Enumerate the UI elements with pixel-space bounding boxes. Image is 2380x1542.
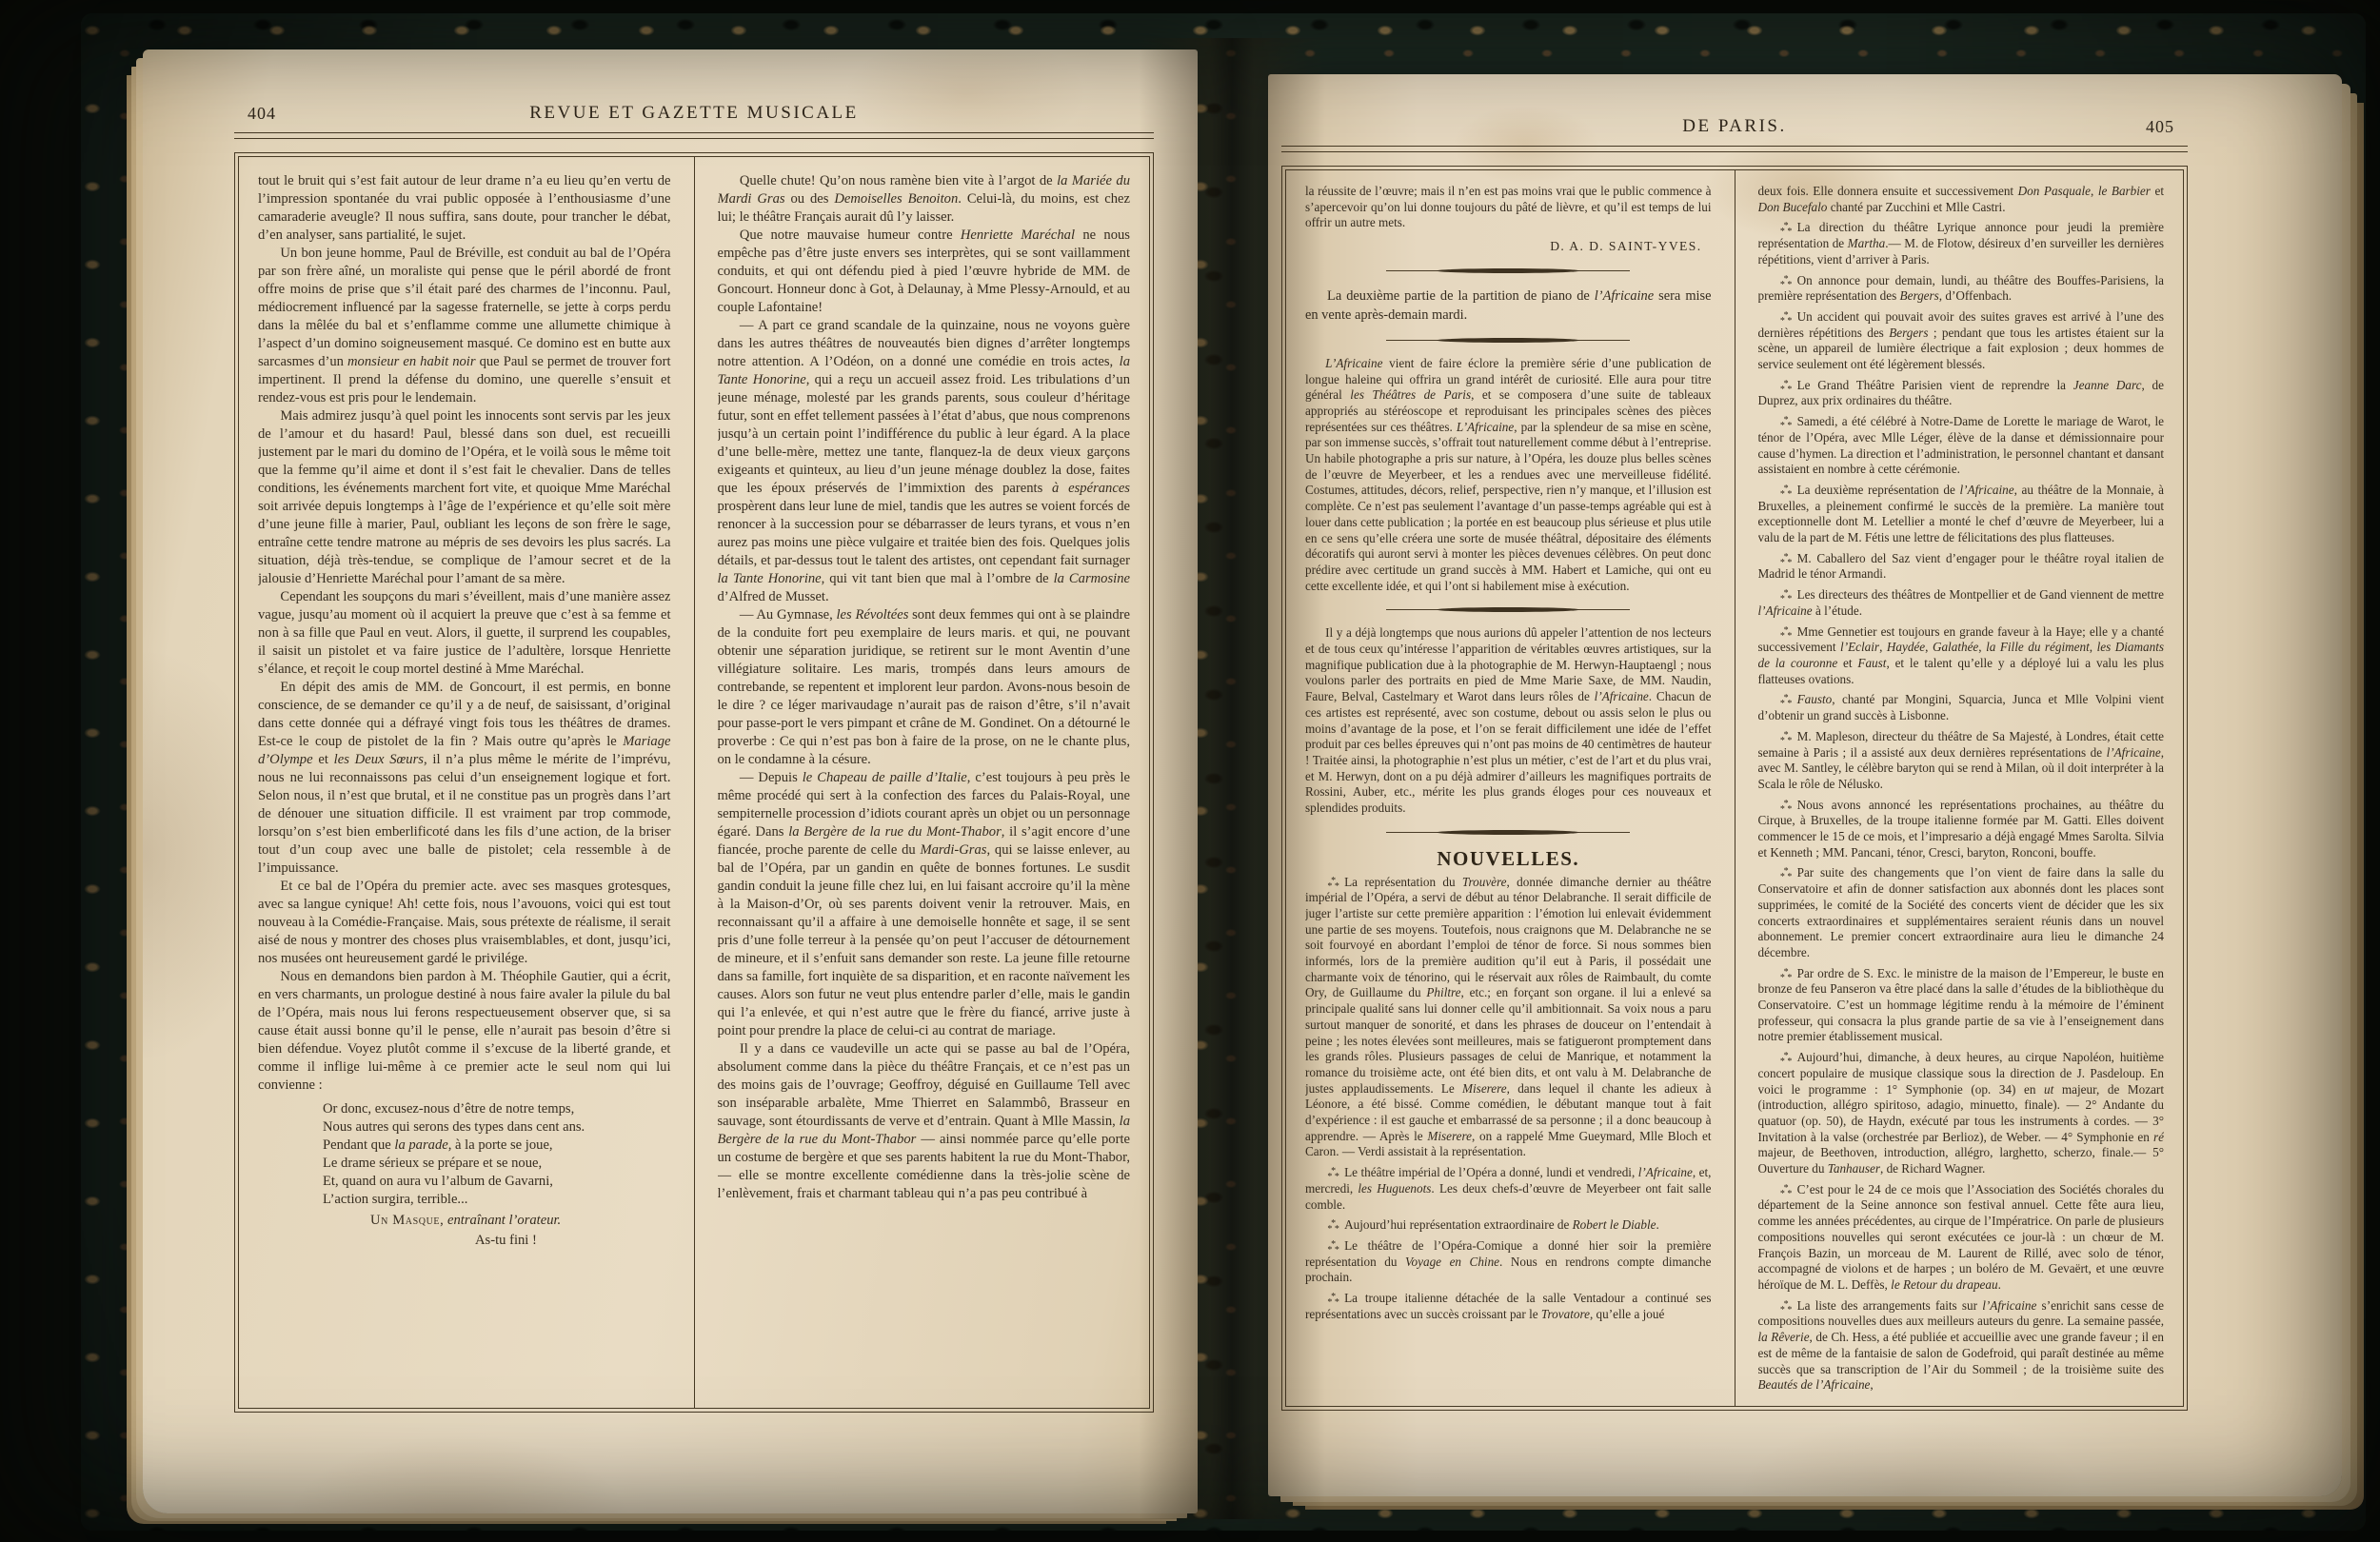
news-item: * * *M. Mapleson, directeur du théâtre d…: [1758, 729, 2165, 793]
news-text: La deuxième représentation de l’Africain…: [1758, 483, 2165, 544]
asterism-icon: * * *: [1778, 382, 1795, 393]
asterism-icon: * * *: [1778, 224, 1795, 235]
paragraph: Il y a déjà longtemps que nous aurions d…: [1305, 625, 1712, 816]
content-frame-inner: tout le bruit qui s’est fait autour de l…: [238, 156, 1150, 1409]
news-text: M. Caballero del Saz vient d’engager pou…: [1758, 551, 2165, 582]
header-rule: [1281, 146, 2188, 152]
verse-line: Nous autres qui serons des types dans ce…: [323, 1118, 671, 1137]
news-text: Le théâtre de l’Opéra-Comique a donné hi…: [1305, 1238, 1712, 1284]
news-text: Les directeurs des théâtres de Montpelli…: [1758, 587, 2165, 618]
paragraph: la réussite de l’œuvre; mais il n’en est…: [1305, 184, 1712, 231]
news-item: * * *Mme Gennetier est toujours en grand…: [1758, 624, 2165, 688]
paragraph: — A part ce grand scandale de la quinzai…: [718, 317, 1131, 606]
news-item: * * *Les directeurs des théâtres de Mont…: [1758, 587, 2165, 619]
news-item: * * *M. Caballero del Saz vient d’engage…: [1758, 551, 2165, 583]
news-item: * * *Samedi, a été célébré à Notre-Dame …: [1758, 414, 2165, 478]
news-text: La direction du théâtre Lyrique annonce …: [1758, 220, 2165, 266]
news-item: * * *Le théâtre impérial de l’Opéra a do…: [1305, 1165, 1712, 1213]
content-frame: la réussite de l’œuvre; mais il n’en est…: [1281, 166, 2188, 1411]
paragraph: Quelle chute! Qu’on nous ramène bien vit…: [718, 172, 1131, 227]
news-text: On annonce pour demain, lundi, au théâtr…: [1758, 273, 2165, 304]
news-text: La représentation du Trouvère, donnée di…: [1305, 875, 1712, 1159]
asterism-icon: * * *: [1778, 555, 1795, 566]
news-text: Le théâtre impérial de l’Opéra a donné, …: [1305, 1165, 1712, 1211]
news-item: * * *La liste des arrangements faits sur…: [1758, 1298, 2165, 1394]
news-text: La liste des arrangements faits sur l’Af…: [1758, 1298, 2165, 1393]
news-text: C’est pour le 24 de ce mois que l’Associ…: [1758, 1182, 2165, 1292]
running-head-right: DE PARIS. 405: [1281, 116, 2188, 143]
verse-line: Le drame sérieux se prépare et se noue,: [323, 1155, 671, 1173]
page-number-404: 404: [248, 104, 276, 124]
news-item: * * *Le théâtre de l’Opéra-Comique a don…: [1305, 1238, 1712, 1286]
content-frame-inner: la réussite de l’œuvre; mais il n’en est…: [1285, 169, 2184, 1407]
news-text: La troupe italienne détachée de la salle…: [1305, 1291, 1712, 1321]
paragraph: — Au Gymnase, les Révoltées sont deux fe…: [718, 606, 1131, 769]
paragraph: deux fois. Elle donnera ensuite et succe…: [1758, 184, 2165, 215]
news-item: * * *Un accident qui pouvait avoir des s…: [1758, 309, 2165, 373]
paragraph: Il y a dans ce vaudeville un acte qui se…: [718, 1040, 1131, 1203]
verse-line: L’action surgira, terrible...: [323, 1191, 671, 1209]
announcement-paragraph: La deuxième partie de la partition de pi…: [1305, 287, 1712, 325]
paragraph: En dépit des amis de MM. de Goncourt, il…: [258, 679, 671, 878]
paragraph: Mais admirez jusqu’à quel point les inno…: [258, 407, 671, 588]
news-item: * * *La troupe italienne détachée de la …: [1305, 1291, 1712, 1322]
asterism-icon: * * *: [1778, 696, 1795, 707]
news-item: * * *La deuxième représentation de l’Afr…: [1758, 483, 2165, 546]
news-item: * * *Aujourd’hui, dimanche, à deux heure…: [1758, 1050, 2165, 1177]
asterism-icon: * * *: [1778, 970, 1795, 981]
content-frame: tout le bruit qui s’est fait autour de l…: [234, 152, 1154, 1413]
verse-final-line: As-tu fini !: [475, 1232, 671, 1250]
journal-title: REVUE ET GAZETTE MUSICALE: [529, 103, 859, 124]
news-text: Aujourd’hui, dimanche, à deux heures, au…: [1758, 1050, 2165, 1176]
news-item: * * *Par suite des changements que l’on …: [1758, 865, 2165, 960]
news-text: Fausto, chanté par Mongini, Squarcia, Ju…: [1758, 692, 2165, 722]
verse-line: Et, quand on aura vu l’album de Gavarni,: [323, 1173, 671, 1191]
news-item: * * *Nous avons annoncé les représentati…: [1758, 798, 2165, 861]
paragraph: tout le bruit qui s’est fait autour de l…: [258, 172, 671, 245]
column-2: Quelle chute! Qu’on nous ramène bien vit…: [718, 157, 1131, 1408]
news-item: * * *Par ordre de S. Exc. le ministre de…: [1758, 966, 2165, 1046]
asterism-icon: * * *: [1778, 733, 1795, 744]
asterism-icon: * * *: [1778, 277, 1795, 288]
column-1: tout le bruit qui s’est fait autour de l…: [258, 157, 671, 1408]
asterism-icon: * * *: [1778, 1302, 1795, 1314]
news-item: * * *Fausto, chanté par Mongini, Squarci…: [1758, 692, 2165, 723]
news-text: Mme Gennetier est toujours en grande fav…: [1758, 624, 2165, 686]
news-text: Un accident qui pouvait avoir des suites…: [1758, 309, 2165, 371]
paragraph: Et ce bal de l’Opéra du premier acte. av…: [258, 878, 671, 968]
news-text: Le Grand Théâtre Parisien vient de repre…: [1758, 378, 2165, 408]
news-item: * * *Le Grand Théâtre Parisien vient de …: [1758, 378, 2165, 409]
asterism-icon: * * *: [1325, 1221, 1341, 1233]
verse-line: Or donc, excusez-nous d’être de notre te…: [323, 1100, 671, 1118]
news-text: Par suite des changements que l’on vient…: [1758, 865, 2165, 959]
author-signature: D. A. D. SAINT-YVES.: [1305, 239, 1712, 255]
news-text: Par ordre de S. Exc. le ministre de la m…: [1758, 966, 2165, 1044]
page-404: 404 REVUE ET GAZETTE MUSICALE tout le br…: [143, 49, 1198, 1513]
verse-attribution: Un Masque, entraînant l’orateur.: [370, 1212, 671, 1230]
asterism-icon: * * *: [1778, 418, 1795, 429]
paragraph: — Depuis le Chapeau de paille d’Italie, …: [718, 769, 1131, 1040]
news-item: * * *Aujourd’hui représentation extraord…: [1305, 1217, 1712, 1234]
asterism-icon: * * *: [1325, 879, 1341, 890]
column-1: la réussite de l’œuvre; mais il n’en est…: [1305, 170, 1712, 1406]
asterism-icon: * * *: [1778, 591, 1795, 603]
news-item: * * *La représentation du Trouvère, donn…: [1305, 875, 1712, 1161]
column-rule: [694, 157, 695, 1408]
asterism-icon: * * *: [1778, 486, 1795, 498]
section-divider: [1386, 606, 1630, 613]
page-405-content: DE PARIS. 405 la réussite de l’œuvre; ma…: [1281, 116, 2188, 1411]
asterism-icon: * * *: [1325, 1242, 1341, 1254]
verse-line: Pendant que la parade, à la porte se jou…: [323, 1137, 671, 1155]
verse-quotation: Or donc, excusez-nous d’être de notre te…: [323, 1100, 671, 1209]
news-text: M. Mapleson, directeur du théâtre de Sa …: [1758, 729, 2165, 791]
news-text: Aujourd’hui représentation extraordinair…: [1344, 1217, 1659, 1232]
section-divider: [1386, 337, 1630, 344]
paragraph: Nous en demandons bien pardon à M. Théop…: [258, 968, 671, 1095]
asterism-icon: * * *: [1778, 1186, 1795, 1197]
paragraph: Cependant les soupçons du mari s’éveille…: [258, 588, 671, 679]
page-405: DE PARIS. 405 la réussite de l’œuvre; ma…: [1268, 74, 2342, 1496]
page-number-405: 405: [2146, 117, 2174, 137]
page-404-content: 404 REVUE ET GAZETTE MUSICALE tout le br…: [234, 103, 1154, 1413]
news-text: Nous avons annoncé les représentations p…: [1758, 798, 2165, 860]
header-rule: [234, 132, 1154, 139]
asterism-icon: * * *: [1778, 869, 1795, 880]
news-text: Samedi, a été célébré à Notre-Dame de Lo…: [1758, 414, 2165, 476]
asterism-icon: * * *: [1778, 313, 1795, 325]
asterism-icon: * * *: [1778, 801, 1795, 813]
section-divider: [1386, 829, 1630, 836]
asterism-icon: * * *: [1325, 1169, 1341, 1180]
column-2: deux fois. Elle donnera ensuite et succe…: [1758, 170, 2165, 1406]
journal-title-continued: DE PARIS.: [1682, 116, 1786, 137]
news-item: * * *La direction du théâtre Lyrique ann…: [1758, 220, 2165, 267]
news-item: * * *C’est pour le 24 de ce mois que l’A…: [1758, 1182, 2165, 1294]
running-head-left: 404 REVUE ET GAZETTE MUSICALE: [234, 103, 1154, 129]
news-item: * * *On annonce pour demain, lundi, au t…: [1758, 273, 2165, 305]
paragraph: L’Africaine vient de faire éclore la pre…: [1305, 356, 1712, 595]
section-divider: [1386, 267, 1630, 274]
asterism-icon: * * *: [1778, 628, 1795, 640]
paragraph: Un bon jeune homme, Paul de Bréville, es…: [258, 245, 671, 407]
asterism-icon: * * *: [1325, 1295, 1341, 1306]
paragraph: Que notre mauvaise humeur contre Henriet…: [718, 227, 1131, 317]
nouvelles-heading: NOUVELLES.: [1305, 851, 1712, 867]
column-rule: [1735, 170, 1735, 1406]
asterism-icon: * * *: [1778, 1054, 1795, 1065]
